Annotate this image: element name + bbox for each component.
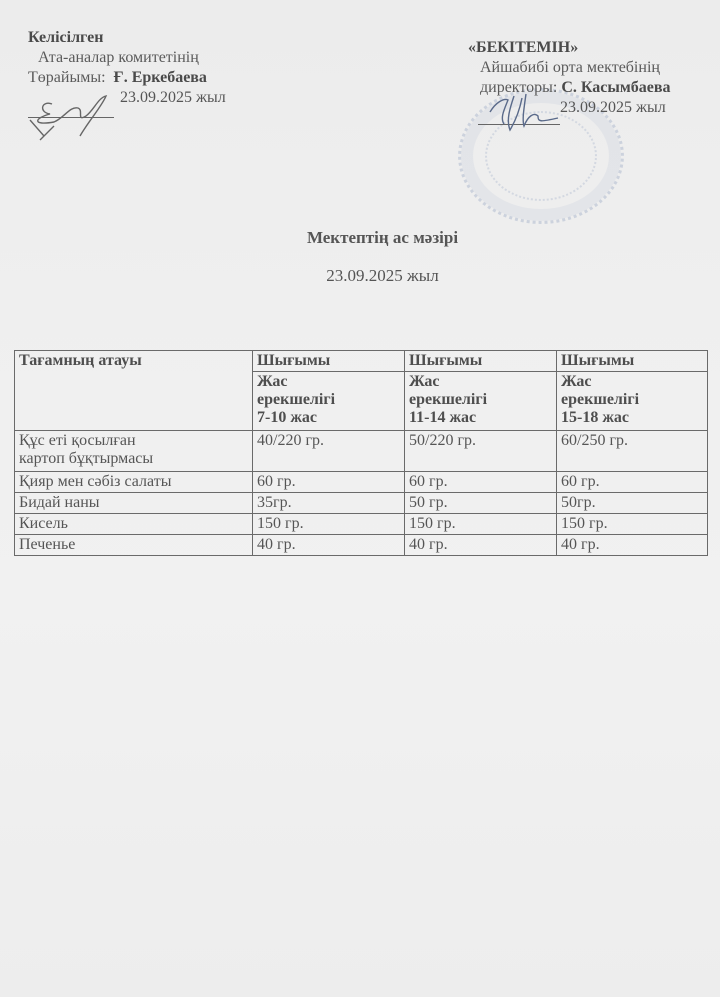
- portion-cell: 60/250 гр.: [557, 431, 708, 472]
- approval-right-name: С. Касымбаева: [561, 79, 670, 96]
- dish-name: Кисель: [15, 514, 253, 535]
- portion-cell: 50 гр.: [405, 493, 557, 514]
- dish-name: Құс еті қосылған картоп бұқтырмасы: [15, 431, 253, 472]
- header-output: Шығымы: [253, 351, 405, 372]
- table-row: Бидай наны 35гр. 50 гр. 50гр.: [15, 493, 708, 514]
- header-dish-name: Тағамның атауы: [15, 351, 253, 431]
- dish-name: Печенье: [15, 535, 253, 556]
- header-age-group: Жас ерекшелігі 11-14 жас: [405, 372, 557, 431]
- approval-left-name: Ғ. Еркебаева: [114, 69, 207, 86]
- table-row: Қияр мен сәбіз салаты 60 гр. 60 гр. 60 г…: [15, 472, 708, 493]
- signature-right-icon: [486, 90, 566, 135]
- portion-cell: 60 гр.: [253, 472, 405, 493]
- portion-cell: 150 гр.: [557, 514, 708, 535]
- header-output: Шығымы: [405, 351, 557, 372]
- portion-cell: 150 гр.: [253, 514, 405, 535]
- approval-left-role: Төрайымы: Ғ. Еркебаева: [28, 68, 226, 88]
- header-age-group: Жас ерекшелігі 7-10 жас: [253, 372, 405, 431]
- approval-left-heading: Келісілген: [28, 28, 226, 48]
- portion-cell: 40 гр.: [405, 535, 557, 556]
- approval-right-heading: «БЕКІТЕМІН»: [468, 38, 671, 58]
- table-row: Печенье 40 гр. 40 гр. 40 гр.: [15, 535, 708, 556]
- portion-cell: 50/220 гр.: [405, 431, 557, 472]
- dish-name: Қияр мен сәбіз салаты: [15, 472, 253, 493]
- approval-left-role-label: Төрайымы:: [28, 69, 106, 86]
- approval-left-org: Ата-аналар комитетінің: [28, 48, 226, 68]
- table-row: Кисель 150 гр. 150 гр. 150 гр.: [15, 514, 708, 535]
- portion-cell: 60 гр.: [557, 472, 708, 493]
- dish-name: Бидай наны: [15, 493, 253, 514]
- page-title: Мектептің ас мәзірі: [0, 228, 720, 248]
- header-age-group: Жас ерекшелігі 15-18 жас: [557, 372, 708, 431]
- portion-cell: 35гр.: [253, 493, 405, 514]
- document-date: 23.09.2025 жыл: [0, 266, 720, 286]
- table-header-row: Тағамның атауы Шығымы Шығымы Шығымы: [15, 351, 708, 372]
- portion-cell: 150 гр.: [405, 514, 557, 535]
- signature-left-icon: [24, 92, 124, 142]
- portion-cell: 40/220 гр.: [253, 431, 405, 472]
- portion-cell: 40 гр.: [253, 535, 405, 556]
- approval-right-org: Айшабибі орта мектебінің: [468, 58, 671, 78]
- portion-cell: 50гр.: [557, 493, 708, 514]
- header-output: Шығымы: [557, 351, 708, 372]
- portion-cell: 40 гр.: [557, 535, 708, 556]
- table-row: Құс еті қосылған картоп бұқтырмасы 40/22…: [15, 431, 708, 472]
- menu-table: Тағамның атауы Шығымы Шығымы Шығымы Жас …: [14, 350, 708, 556]
- portion-cell: 60 гр.: [405, 472, 557, 493]
